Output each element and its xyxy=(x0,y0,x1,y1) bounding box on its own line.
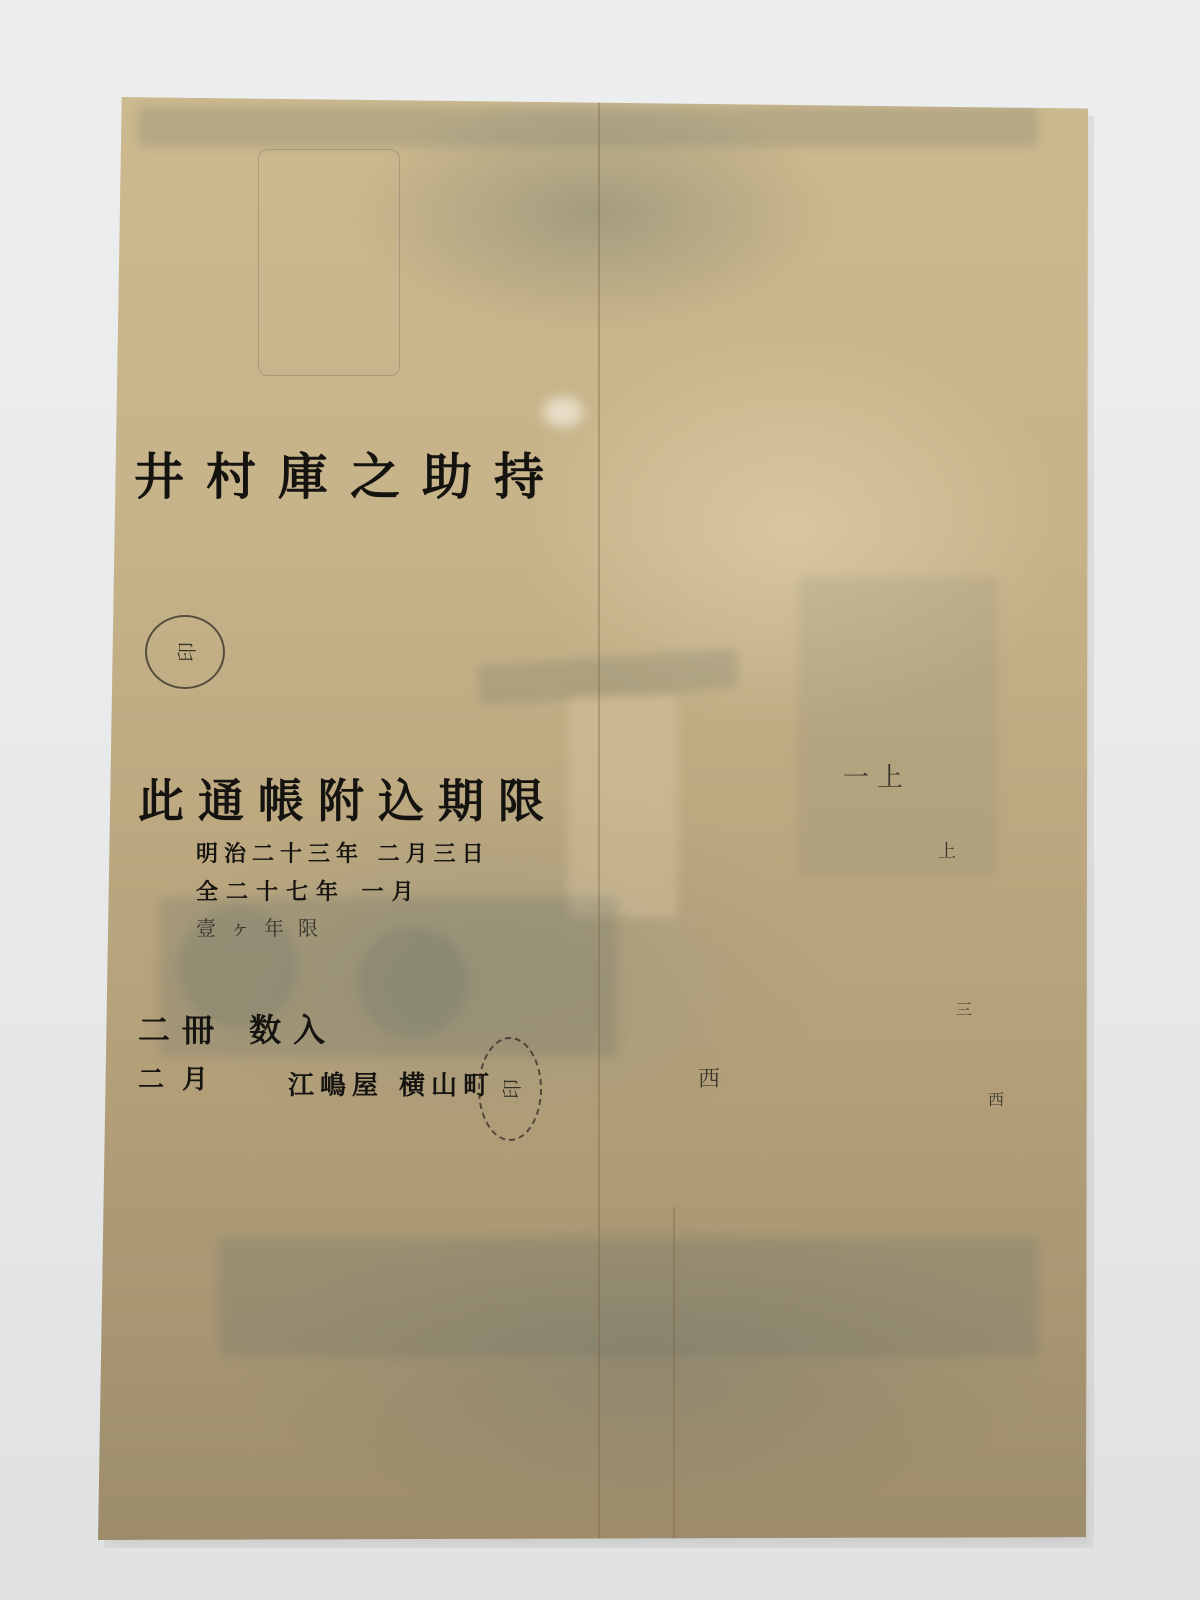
right-mark-4: 西 xyxy=(698,1062,728,1093)
passbook-title: 此通帳附込期限 xyxy=(138,765,558,831)
ghost-band-top xyxy=(138,107,1038,147)
round-seal: 印 xyxy=(145,615,225,689)
light-spot xyxy=(543,397,583,427)
right-mark-1: 一上 xyxy=(843,757,911,794)
ghost-cartouche xyxy=(258,149,400,376)
date-line-2: 全二十七年 一月 xyxy=(196,875,422,906)
lower-fold xyxy=(673,1207,675,1540)
owner-inscription: 井村庫之助持 xyxy=(134,437,566,509)
ghost-wheel-2 xyxy=(358,927,468,1037)
ghost-right-block xyxy=(798,577,998,877)
right-mark-5: 西 xyxy=(988,1087,1012,1110)
count-line: 二冊 数入 xyxy=(138,1005,337,1051)
seal-glyph: 印 xyxy=(171,642,200,662)
ghost-figure xyxy=(568,697,678,917)
print-sheet: 井村庫之助持 印 此通帳附込期限 明治二十三年 二月三日 全二十七年 一月 壹ヶ… xyxy=(98,97,1088,1540)
month-line: 二月 xyxy=(138,1059,226,1096)
ghost-ground xyxy=(218,1237,1038,1357)
center-fold xyxy=(598,97,600,1540)
publisher-seal-glyph: 印 xyxy=(496,1079,525,1099)
date-line-1: 明治二十三年 二月三日 xyxy=(196,837,490,868)
term-line: 壹ヶ年限 xyxy=(196,912,332,941)
right-mark-3: 三 xyxy=(956,997,980,1020)
right-mark-2: 上 xyxy=(938,837,964,863)
publisher-mark: 江嶋屋 横山町 xyxy=(288,1065,495,1102)
publisher-seal: 印 xyxy=(478,1037,542,1141)
